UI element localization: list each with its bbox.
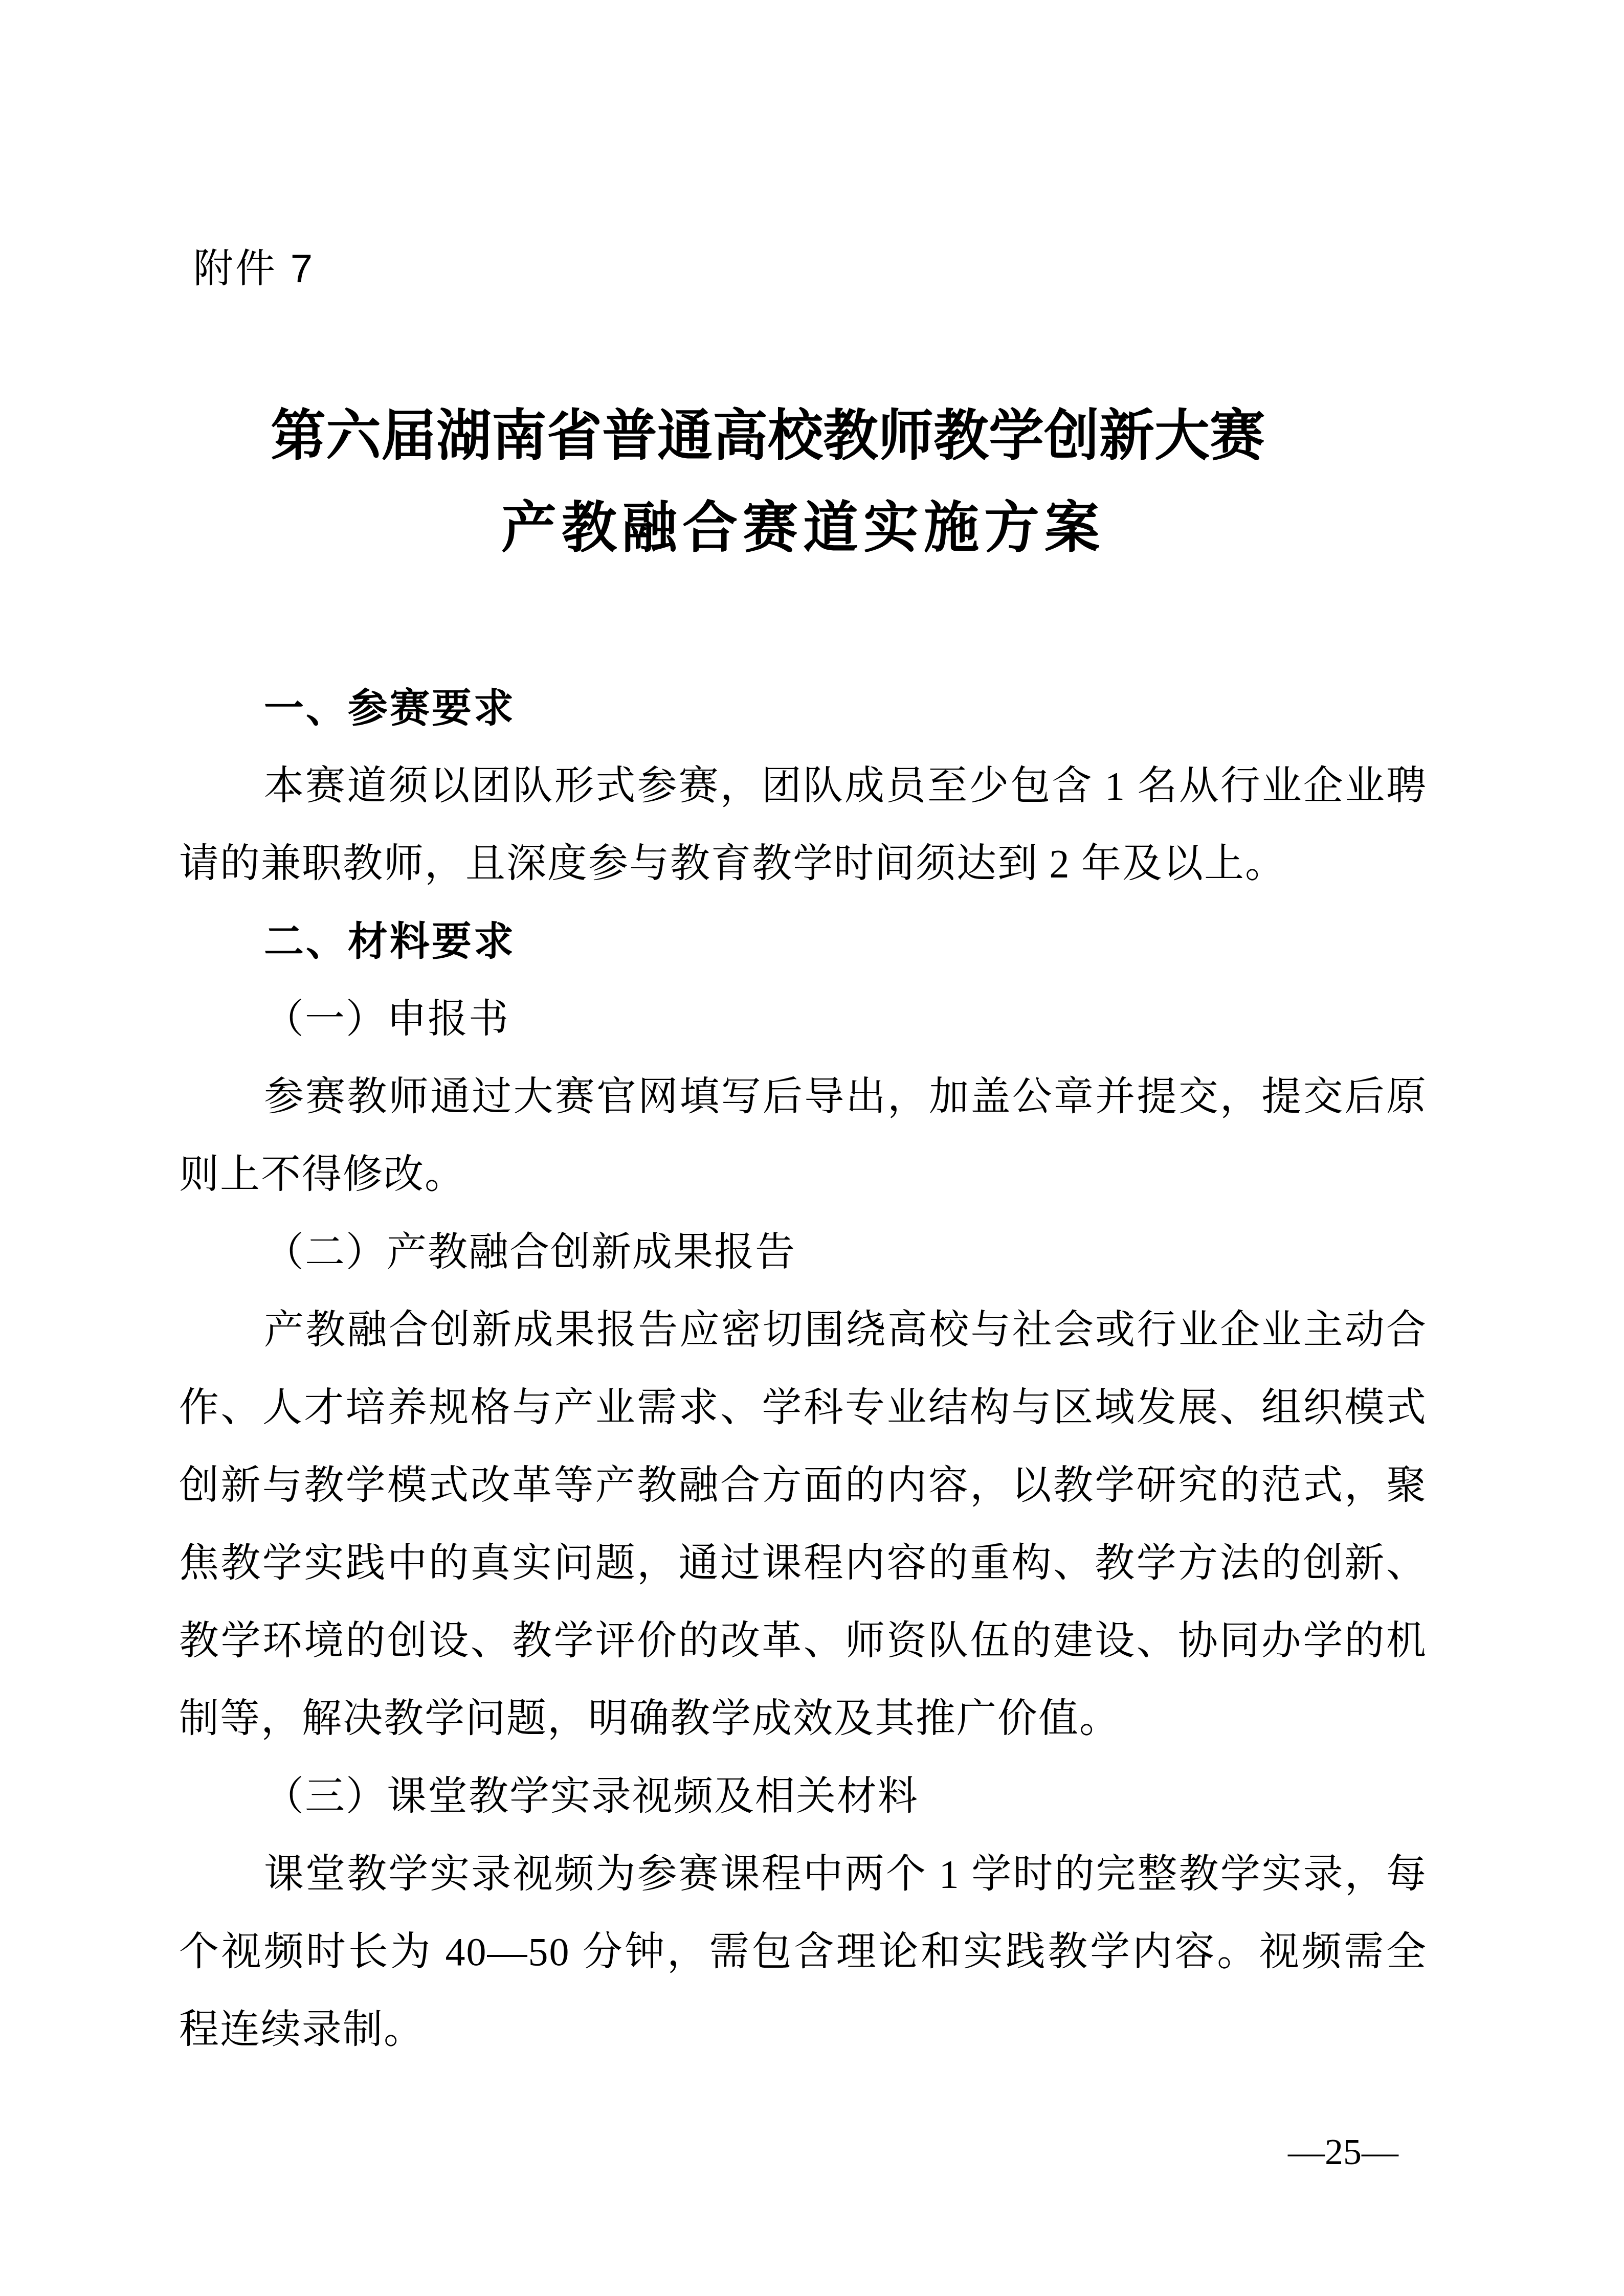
document-title: 第六届湖南省普通高校教师教学创新大赛 产教融合赛道实施方案 <box>179 391 1427 575</box>
text-line: 作、人才培养规格与产业需求、学科专业结构与区域发展、组织模式 <box>179 1369 1427 1447</box>
text-line: 个视频时长为 40—50 分钟，需包含理论和实践教学内容。视频需全 <box>179 1913 1427 1991</box>
document-title-line-1: 第六届湖南省普通高校教师教学创新大赛 <box>144 391 1392 483</box>
subsection-heading: （二）产教融合创新成果报告 <box>179 1213 1427 1291</box>
text-line: 教学环境的创设、教学评价的改革、师资队伍的建设、协同办学的机 <box>179 1602 1427 1680</box>
section-heading: 一、参赛要求 <box>179 669 1427 747</box>
text-line: 创新与教学模式改革等产教融合方面的内容，以教学研究的范式，聚 <box>179 1447 1427 1524</box>
text-line: 程连续录制。 <box>179 1991 1427 2068</box>
section-heading: 二、材料要求 <box>179 903 1427 980</box>
text-line: 焦教学实践中的真实问题，通过课程内容的重构、教学方法的创新、 <box>179 1524 1427 1602</box>
page-number: —25— <box>1288 2131 1398 2172</box>
document-body: 一、参赛要求本赛道须以团队形式参赛，团队成员至少包含 1 名从行业企业聘请的兼职… <box>179 669 1427 2068</box>
text-line: 参赛教师通过大赛官网填写后导出，加盖公章并提交，提交后原 <box>179 1058 1427 1136</box>
text-line: 请的兼职教师，且深度参与教育教学时间须达到 2 年及以上。 <box>179 825 1427 903</box>
document-title-line-2: 产教融合赛道实施方案 <box>179 483 1427 575</box>
attachment-label: 附件 7 <box>193 240 315 297</box>
text-line: 课堂教学实录视频为参赛课程中两个 1 学时的完整教学实录，每 <box>179 1835 1427 1913</box>
subsection-heading: （一）申报书 <box>179 980 1427 1058</box>
text-line: 产教融合创新成果报告应密切围绕高校与社会或行业企业主动合 <box>179 1291 1427 1369</box>
text-line: 制等，解决教学问题，明确教学成效及其推广价值。 <box>179 1680 1427 1758</box>
document-page: { "page": { "attachment_label": "附件 7", … <box>0 0 1624 2296</box>
subsection-heading: （三）课堂教学实录视频及相关材料 <box>179 1758 1427 1835</box>
text-line: 本赛道须以团队形式参赛，团队成员至少包含 1 名从行业企业聘 <box>179 747 1427 825</box>
text-line: 则上不得修改。 <box>179 1136 1427 1213</box>
